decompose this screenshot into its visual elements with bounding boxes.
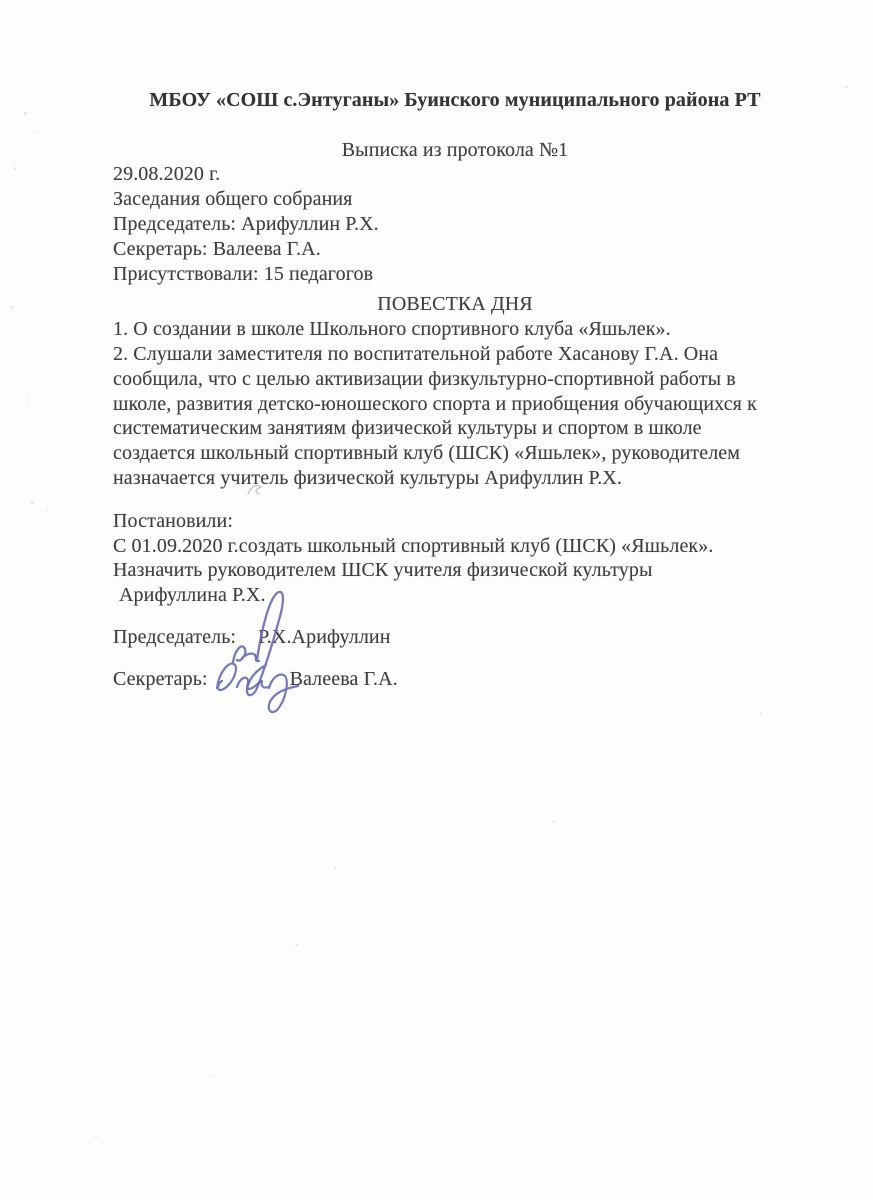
chairman-signature-name: Р.Х.Арифуллин xyxy=(258,625,390,650)
chairman-signature-label: Председатель: xyxy=(113,625,236,650)
secretary-line: Секретарь: Валеева Г.А. xyxy=(113,237,797,262)
agenda-line: создается школьный спортивный клуб (ШСК)… xyxy=(113,441,797,466)
blank-line xyxy=(113,113,797,138)
secretary-signature-label: Секретарь: xyxy=(113,667,208,692)
scanned-document-page: МБОУ «СОШ с.Энтуганы» Буинского муниципа… xyxy=(0,0,873,1200)
agenda-line: сообщила, что с целью активизации физкул… xyxy=(113,367,797,392)
agenda-heading: ПОВЕСТКА ДНЯ xyxy=(113,292,797,317)
org-header: МБОУ «СОШ с.Энтуганы» Буинского муниципа… xyxy=(113,88,797,113)
agenda-line: 2. Слушали заместителя по воспитательной… xyxy=(113,342,797,367)
resolution-line: С 01.09.2020 г.создать школьный спортивн… xyxy=(113,534,797,559)
agenda-line: назначается учитель физической культуры … xyxy=(113,466,797,491)
resolution-line: Назначить руководителем ШСК учителя физи… xyxy=(113,558,797,583)
resolution-heading: Постановили: xyxy=(113,509,797,534)
agenda-line: школе, развития детско-юношеского спорта… xyxy=(113,392,797,417)
secretary-signature-name: Валеева Г.А. xyxy=(290,667,398,692)
meeting-line: Заседания общего собрания xyxy=(113,187,797,212)
document-body: МБОУ «СОШ с.Энтуганы» Буинского муниципа… xyxy=(0,0,873,692)
chairman-signature-row: Председатель: Р.Х.Арифуллин xyxy=(113,625,797,650)
date-line: 29.08.2020 г. xyxy=(113,162,797,187)
secretary-signature-row: Секретарь: Валеева Г.А. xyxy=(113,667,797,692)
attendees-line: Присутствовали: 15 педагогов xyxy=(113,262,797,287)
doc-title: Выписка из протокола №1 xyxy=(113,138,797,163)
agenda-line: 1. О создании в школе Школьного спортивн… xyxy=(113,317,797,342)
agenda-line: систематическим занятиям физической куль… xyxy=(113,416,797,441)
resolution-line: Арифуллина Р.Х. xyxy=(113,583,797,608)
chairman-line: Председатель: Арифуллин Р.Х. xyxy=(113,212,797,237)
